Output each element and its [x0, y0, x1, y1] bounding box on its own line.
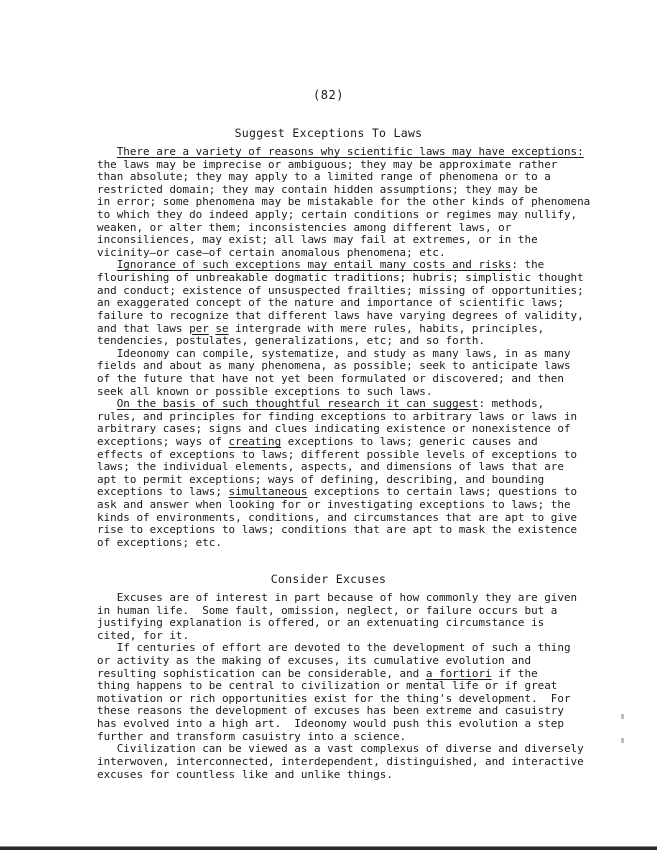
text-run: kinds of environments, conditions, and c… [97, 511, 577, 524]
text-run: rules, and principles for finding except… [97, 410, 577, 423]
text-run: in error; some phenomena may be mistakab… [97, 195, 590, 208]
text-run: these reasons the development of excuses… [97, 704, 564, 717]
text-run: ask and answer when looking for or inves… [97, 498, 571, 511]
text-run: weaken, or alter them; inconsistencies a… [97, 221, 511, 234]
text-run: the laws may be imprecise or ambiguous; … [97, 158, 557, 171]
text-run: an exaggerated concept of the nature and… [97, 296, 564, 309]
text-run: restricted domain; they may contain hidd… [97, 183, 538, 196]
text-line: excuses for countless like and unlike th… [97, 769, 597, 782]
text-run: : methods, [478, 397, 544, 410]
text-run: further and transform casuistry into a s… [97, 730, 406, 743]
text-run: intergrade with mere rules, habits, prin… [229, 322, 545, 335]
text-run: in human life. Some fault, omission, neg… [97, 604, 557, 617]
text-run: interwoven, interconnected, interdepende… [97, 755, 584, 768]
text-run: of the future that have not yet been for… [97, 372, 564, 385]
text-run: Ideonomy can compile, systematize, and s… [97, 347, 571, 360]
margin-mark [621, 738, 624, 743]
text-run: resulting sophistication can be consider… [97, 667, 426, 680]
text-run: vicinity—or case—of certain anomalous ph… [97, 246, 446, 259]
underlined-phrase: simultaneous [229, 485, 308, 498]
underlined-phrase: Ignorance of such exceptions may entail … [117, 258, 512, 271]
text-run: motivation or rich opportunities exist f… [97, 692, 571, 705]
text-run: than absolute; they may apply to a limit… [97, 170, 551, 183]
text-run [97, 397, 117, 410]
underlined-phrase: On the basis of such thoughtful research… [117, 397, 479, 410]
section-body-exceptions: There are a variety of reasons why scien… [97, 146, 597, 550]
text-run: inconsiliences, may exist; all laws may … [97, 233, 538, 246]
text-run: seek all known or possible exceptions to… [97, 385, 432, 398]
text-run: effects of exceptions to laws; different… [97, 448, 577, 461]
text-run: and that laws [97, 322, 189, 335]
text-run: failure to recognize that different laws… [97, 309, 584, 322]
section-heading-exceptions: Suggest Exceptions To Laws [0, 126, 657, 140]
section-body-excuses: Excuses are of interest in part because … [97, 592, 597, 781]
text-run [97, 145, 117, 158]
text-run: Excuses are of interest in part because … [97, 591, 577, 604]
text-run: Civilization can be viewed as a vast com… [97, 742, 584, 755]
text-run: exceptions; ways of [97, 435, 229, 448]
text-run: excuses for countless like and unlike th… [97, 768, 393, 781]
underlined-phrase: creating [229, 435, 282, 448]
margin-mark [621, 714, 624, 719]
text-run: exceptions to laws; [97, 485, 229, 498]
underlined-phrase: se [215, 322, 228, 335]
text-run: has evolved into a high art. Ideonomy wo… [97, 717, 564, 730]
text-run [97, 258, 117, 271]
text-run: fields and about as many phenomena, as p… [97, 359, 571, 372]
text-run: justifying explanation is offered, or an… [97, 616, 544, 629]
text-run: of exceptions; etc. [97, 536, 222, 549]
text-run: cited, for it. [97, 629, 189, 642]
text-run: exceptions to laws; generic causes and [281, 435, 538, 448]
text-run: flourishing of unbreakable dogmatic trad… [97, 271, 584, 284]
text-run: tendencies, postulates, generalizations,… [97, 334, 485, 347]
text-run: rise to exceptions to laws; conditions t… [97, 523, 577, 536]
section-heading-excuses: Consider Excuses [0, 572, 657, 586]
underlined-phrase: a fortiori [426, 667, 492, 680]
text-run: arbitrary cases; signs and clues indicat… [97, 422, 571, 435]
text-run: thing happens to be central to civilizat… [97, 679, 557, 692]
text-run: exceptions to certain laws; questions to [307, 485, 577, 498]
text-run: and conduct; existence of unsuspected fr… [97, 284, 584, 297]
text-run: If centuries of effort are devoted to th… [97, 641, 571, 654]
text-line: of exceptions; etc. [97, 537, 597, 550]
text-run: apt to permit exceptions; ways of defini… [97, 473, 544, 486]
underlined-phrase: per [189, 322, 209, 335]
page-number: (82) [0, 88, 657, 102]
text-run: laws; the individual elements, aspects, … [97, 460, 564, 473]
text-run: or activity as the making of excuses, it… [97, 654, 531, 667]
page-bottom-edge [0, 846, 657, 850]
text-run: if the [492, 667, 538, 680]
underlined-phrase: There are a variety of reasons why scien… [117, 145, 584, 158]
text-run: to which they do indeed apply; certain c… [97, 208, 577, 221]
text-run: : the [511, 258, 544, 271]
